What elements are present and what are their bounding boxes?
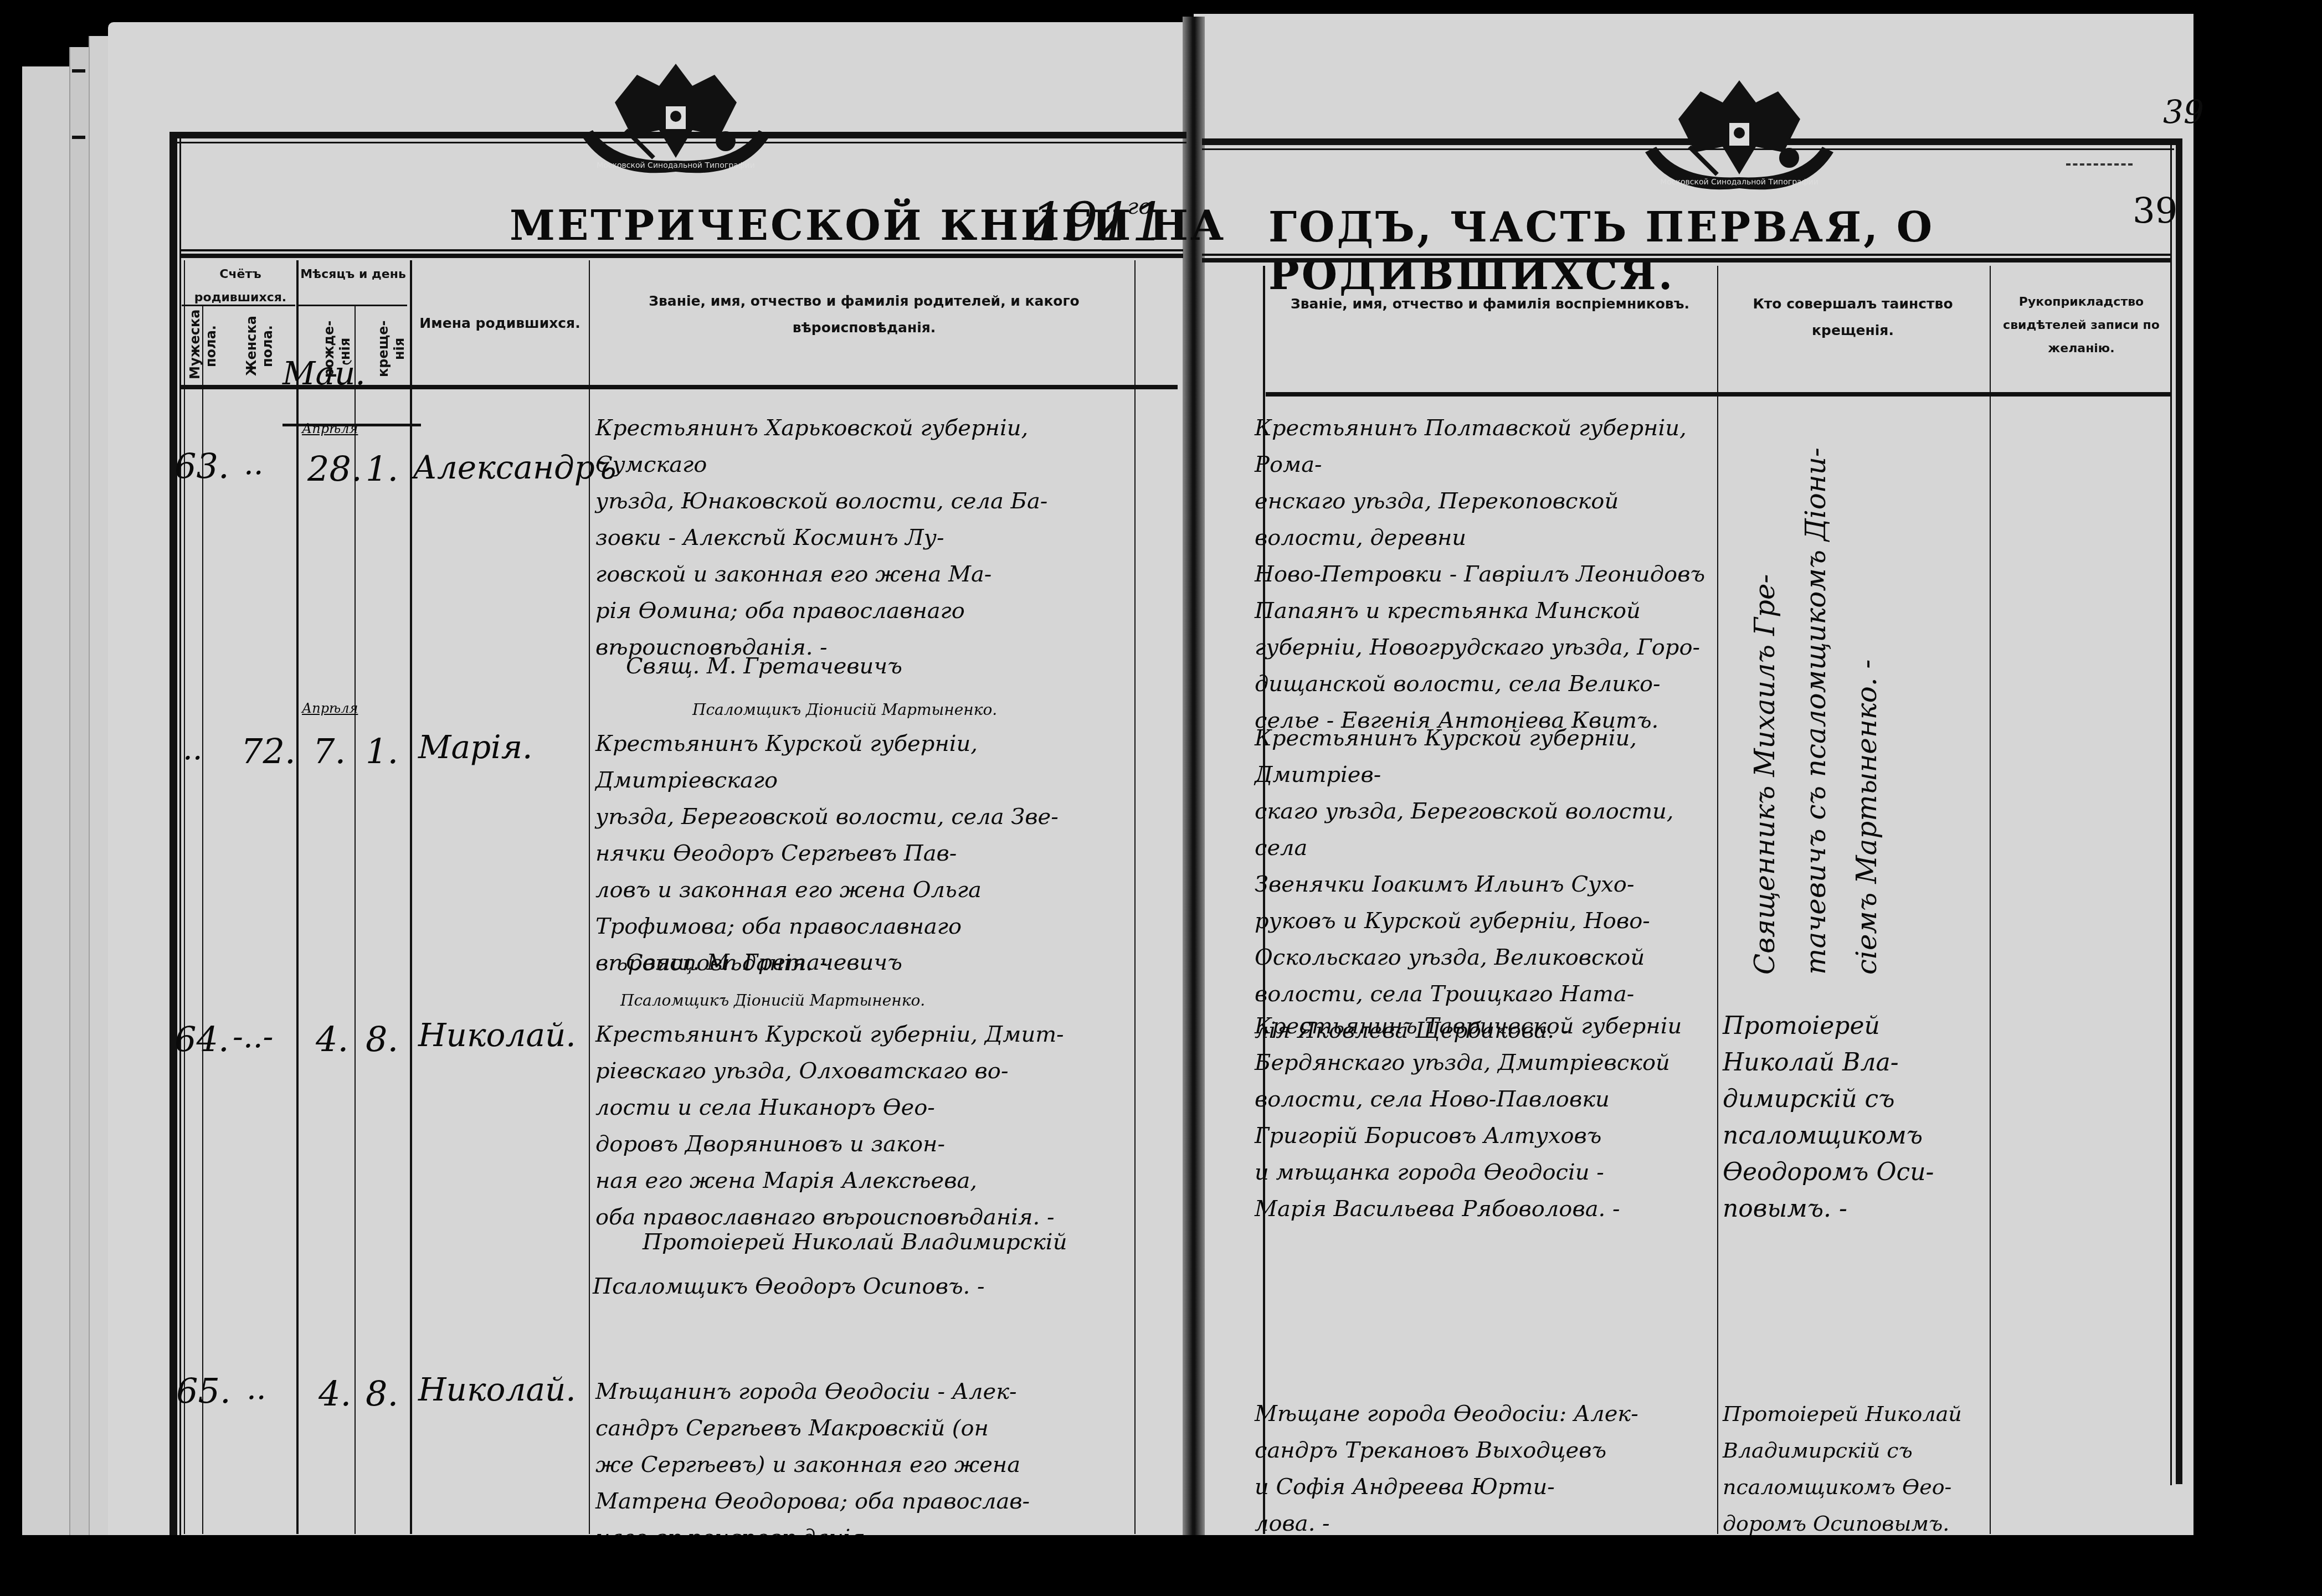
godparents-entry: Крестьянинъ Полтавской губерніи, Рома- е… [1255,410,1720,739]
birth-day: 7. [313,731,346,771]
psalmist-signature: Псаломщикъ Ѳеодоръ Осиповъ. - [593,1274,985,1299]
frame-right-inner [2170,145,2172,1485]
month-marker: Май. [282,354,366,392]
parents-entry: Крестьянинъ Харьковской губерніи, Сумска… [595,410,1136,666]
header-rule [181,254,1183,258]
child-name: Николай. [418,1016,576,1054]
clergy-signature: Свящ. М. Гретачевичъ [626,653,902,679]
child-name: Николай. [418,1371,576,1408]
birth-day: 4. [316,1019,348,1059]
column-line [410,260,412,1534]
column-line [355,305,356,1534]
birth-day: 28. [307,449,362,489]
scan-bottom-shadow [0,1535,2322,1596]
baptism-day: 8. [366,1373,398,1414]
stack-mark [72,136,85,139]
godparents-entry: Крестьянинъ Курской губерніи, Дмитріев- … [1255,720,1720,1049]
clergy-signature: Свящ. М. Гретачевичъ [626,950,902,975]
male-count: .. [183,731,203,767]
folio-number-printed: 39 [2133,191,2177,232]
parents-entry: Мѣщанинъ города Ѳеодосіи - Алек- сандръ … [595,1373,1136,1556]
double-headed-eagle-icon: Московской Синодальной Типографии [576,53,775,180]
clergy-signature: Протоіерей Николай Владимирскій [643,1229,1067,1255]
female-count: .. [246,1371,266,1407]
godparents-entry: Крестьянинъ Таврической губерніи Бердянс… [1255,1008,1720,1227]
column-line [202,305,203,1534]
baptism-day: 1. [366,449,398,489]
godparents-entry: Мѣщане города Ѳеодосіи: Алек- сандръ Тре… [1255,1396,1720,1542]
baptism-day: 8. [366,1019,398,1059]
parents-entry: Крестьянинъ Курской губерніи, Дмитріевск… [595,725,1136,981]
header-date-group: Мѣсяцъ и день [299,263,407,286]
printer-emblem-left: Московской Синодальной Типографии [576,53,775,180]
frame-left-inner [179,138,181,1551]
frame-right-edge [2176,138,2182,1484]
header-count-group: Счётъ родившихся. [186,263,295,310]
header-female: Женска пола. [244,313,276,379]
dashed-mark [2066,163,2133,166]
child-name: Марія. [418,728,532,766]
folio-number-handwritten: 39 [2163,93,2204,131]
priest-entry: Протоіерей Николай Владимирскій съ псало… [1723,1396,1989,1542]
column-line [296,260,299,1534]
header-priest: Кто совершалъ таинство крещенія. [1723,291,1983,343]
female-count: .. [244,446,264,482]
header-male: Мужеска пола. [187,313,219,379]
male-count: 65. [176,1371,231,1411]
header-witnesses: Рукоприкладство свидѣтелей записи по жел… [1994,291,2169,360]
header-parents: Званіе, имя, отчество и фамилія родителе… [598,288,1130,341]
priest-entry: Священникъ Михаилъ Гре- тачевичъ съ псал… [1739,421,1892,975]
year-suffix: го [1127,194,1152,219]
birth-day: 4. [318,1373,351,1414]
male-count: 63. [174,446,229,486]
column-header-bottom-rule [1266,392,2171,397]
parents-entry: Крестьянинъ Курской губерніи, Дмит- ріев… [595,1016,1136,1235]
psalmist-signature: Псаломщикъ Діонисій Мартыненко. [620,991,925,1010]
header-rule [1202,254,2171,256]
double-headed-eagle-icon: Московской Синодальной Типографии [1640,69,1839,197]
header-rule [1202,258,2171,262]
header-rule [181,249,1183,251]
frame-left-edge [169,132,177,1549]
svg-text:Московской Синодальной Типогра: Московской Синодальной Типографии [597,161,755,170]
female-count: 72. [241,731,296,771]
male-count: 64. [174,1019,229,1059]
baptism-day: 1. [366,731,398,771]
printer-emblem-right: Московской Синодальной Типографии [1640,69,1839,197]
svg-text:Московской Синодальной Типогра: Московской Синодальной Типографии [1660,178,1818,187]
child-name: Александръ [413,449,617,486]
column-line [1990,266,1991,1534]
header-baptized: креще-нія [376,318,408,379]
birth-month: Апрѣля [302,701,358,716]
birth-month: Апрѣля [302,421,358,436]
psalmist-signature: Псаломщикъ Діонисій Мартыненко. [692,701,997,719]
stack-mark [72,69,85,73]
header-godparents: Званіе, имя, отчество и фамилія воспріем… [1268,291,1712,317]
subheader-rule [296,305,407,306]
female-count: -..- [233,1019,273,1055]
header-names: Имена родившихся. [413,310,587,337]
priest-entry: Протоіерей Николай Вла- димирскій съ пса… [1723,1008,1989,1227]
